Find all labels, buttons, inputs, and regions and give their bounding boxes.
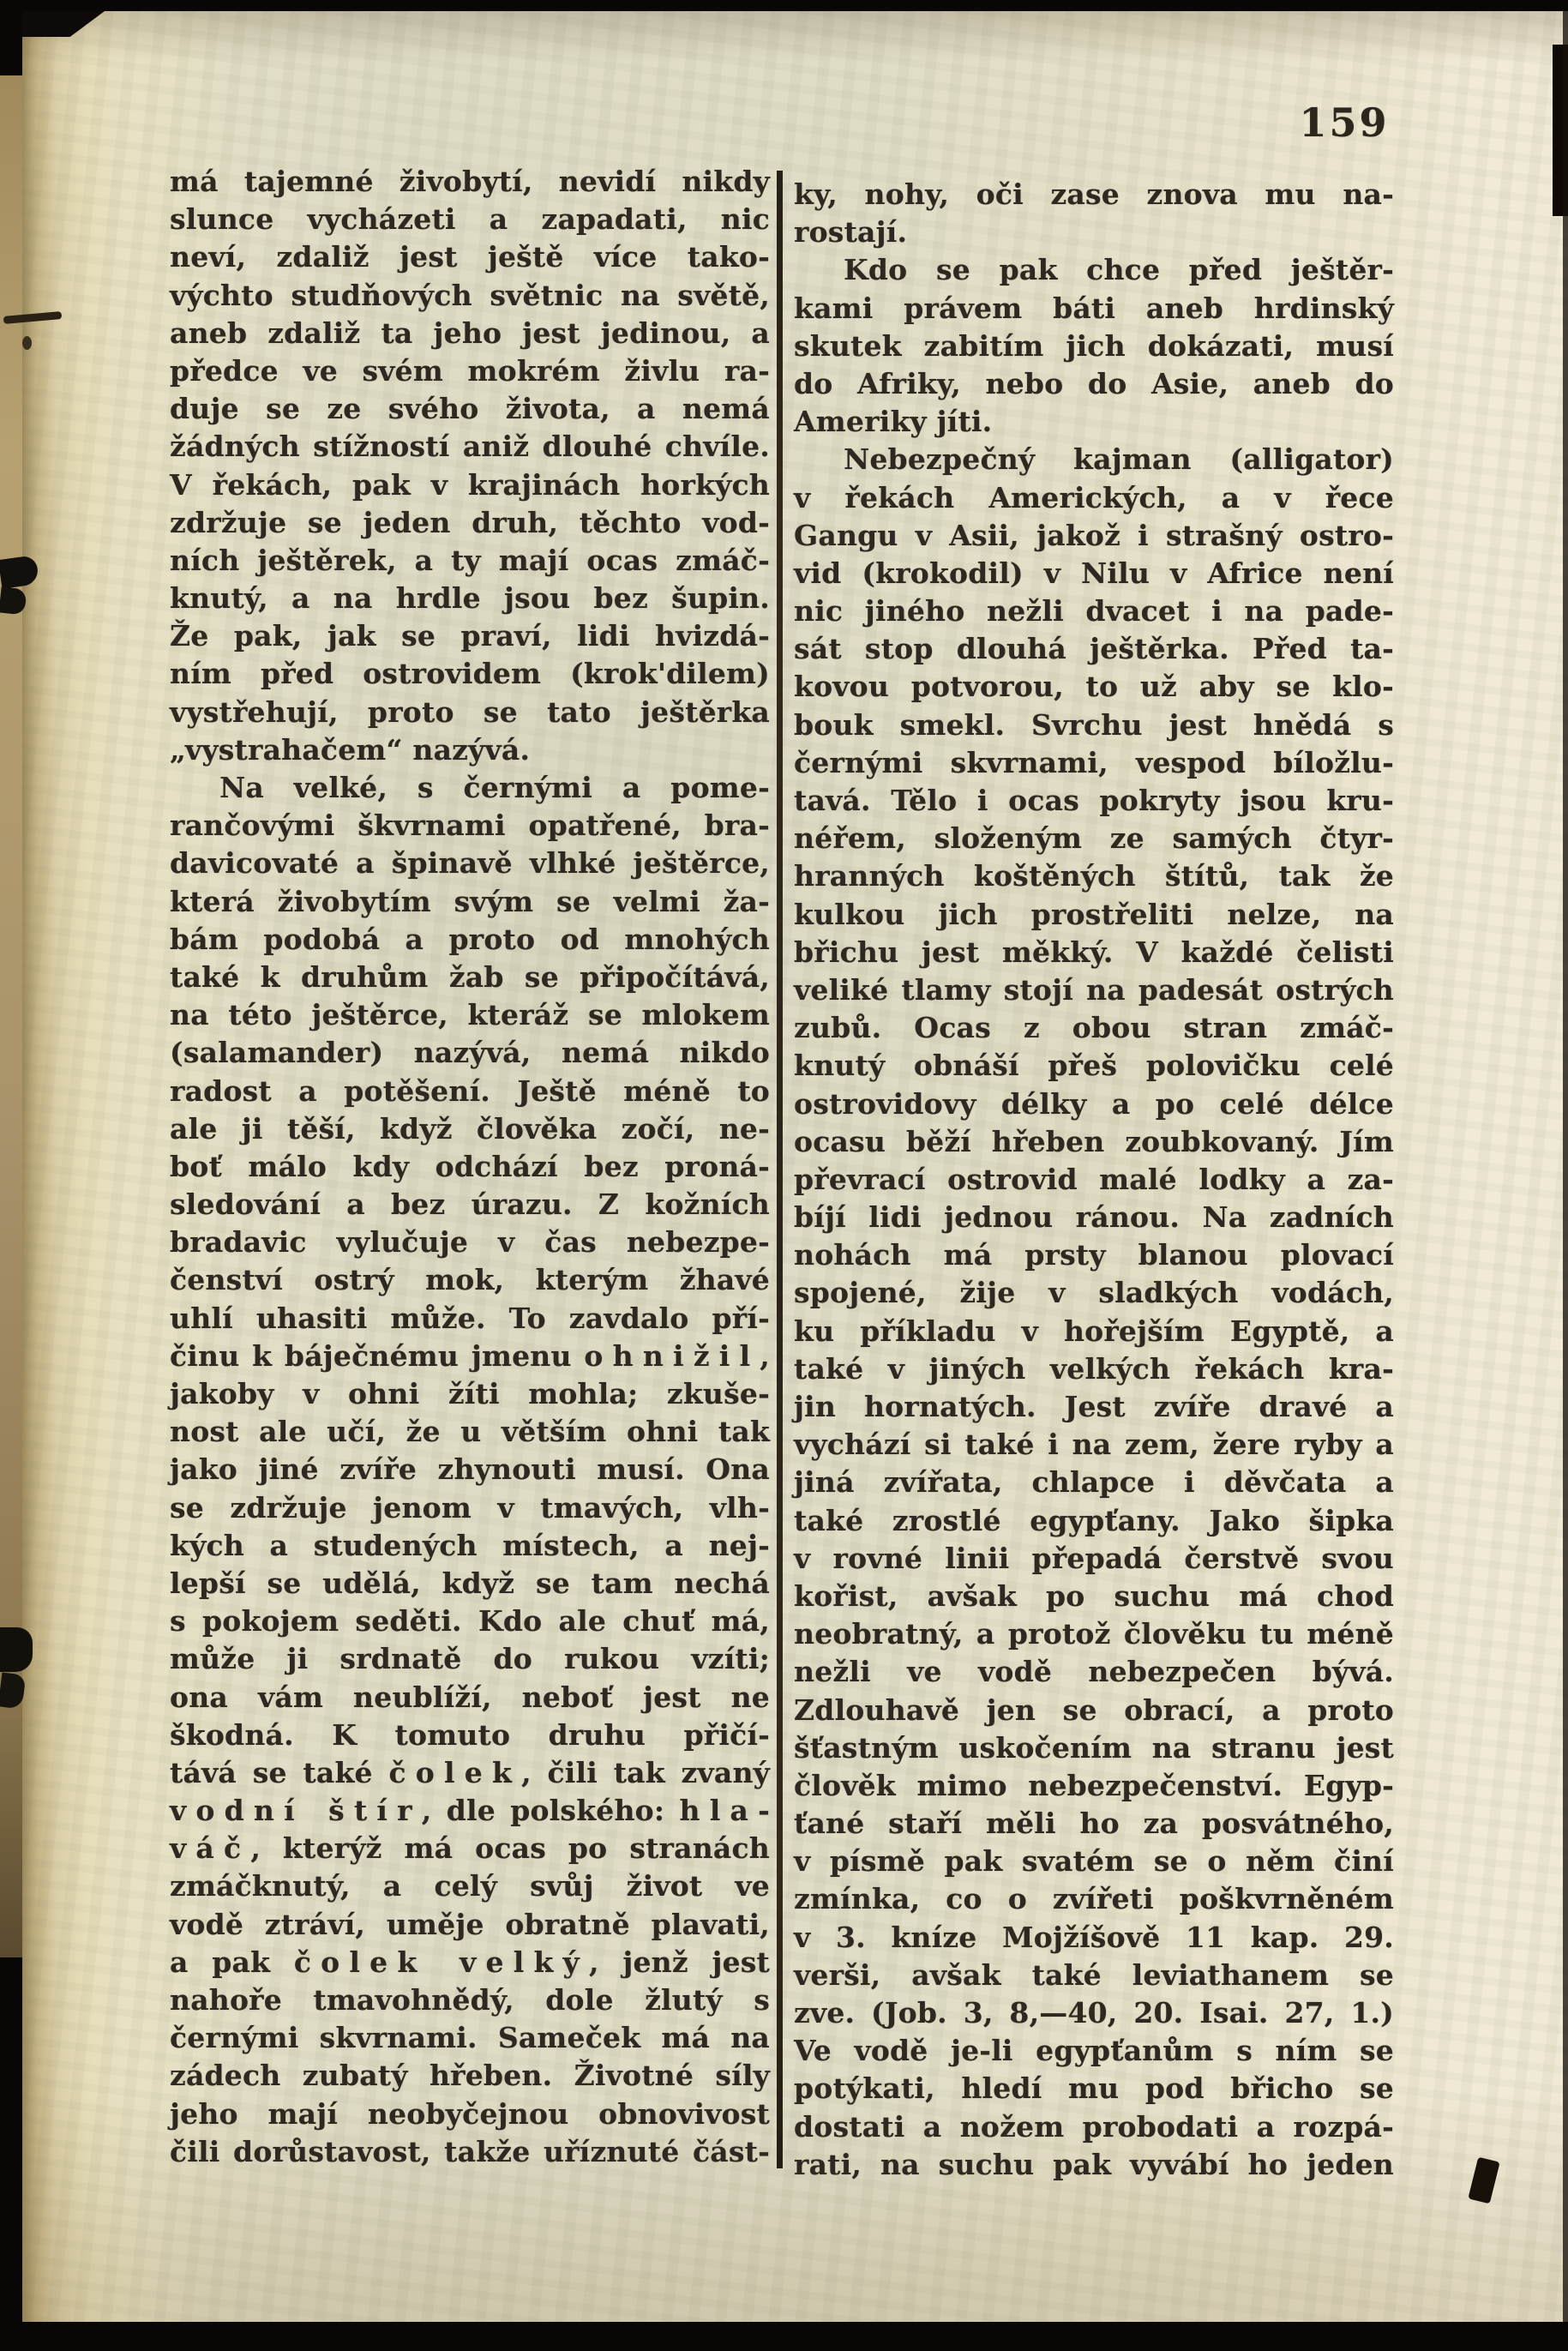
text-line: radost a potěšení. Ještě méně to [170, 1073, 770, 1110]
text-line: v 3. kníze Mojžíšově 11 kap. 29. [794, 1919, 1394, 1957]
page-number: 159 [1284, 99, 1404, 146]
text-line: čili dorůstavost, takže uříznuté část- [170, 2133, 770, 2171]
text-line: zmáčknutý, a celý svůj život ve [170, 1867, 770, 1905]
text-line: nežli ve vodě nebezpečen bývá. [794, 1653, 1394, 1691]
text-line: zádech zubatý hřeben. Životné síly [170, 2057, 770, 2095]
text-line: knutý, a na hrdle jsou bez šupin. [170, 580, 770, 617]
text-line: a pak čolek velký, jenž jest [170, 1944, 770, 1981]
text-line: s pokojem seděti. Kdo ale chuť má, [170, 1602, 770, 1640]
letterspaced-word: hla [680, 1794, 759, 1827]
text-line: ocasu běží hřeben zoubkovaný. Jím [794, 1123, 1394, 1161]
text-line: „vystrahačem“ nazývá. [170, 731, 770, 769]
text-line: rati, na suchu pak vyvábí ho jeden [794, 2146, 1394, 2184]
text-line: jin hornatých. Jest zvíře dravé a [794, 1388, 1394, 1426]
text-line: verši, avšak také leviathanem se [794, 1957, 1394, 1994]
text-line: Nebezpečný kajman (alligator) [794, 441, 1394, 478]
text-line: jako jiné zvíře zhynouti musí. Ona [170, 1451, 770, 1488]
column-divider-rule [777, 171, 783, 2168]
text-line: v písmě pak svatém se o něm činí [794, 1843, 1394, 1880]
text-line: ťané staří měli ho za posvátného, [794, 1805, 1394, 1843]
text-line: předce ve svém mokrém živlu ra- [170, 352, 770, 390]
text-line: tává se také čolek, čili tak zvaný [170, 1754, 770, 1792]
text-line: jakoby v ohni žíti mohla; zkuše- [170, 1375, 770, 1413]
scan-artifact-bottom-right-notch [1468, 2157, 1499, 2204]
text-line: také k druhům žab se připočítává, [170, 959, 770, 996]
text-line: neví, zdaliž jest ještě více tako- [170, 238, 770, 276]
page-paper: 159 má tajemné živobytí, nevidí nikdyslu… [22, 11, 1568, 2322]
text-line: ních ještěrek, a ty mají ocas zmáč- [170, 542, 770, 580]
text-line: boť málo kdy odchází bez proná- [170, 1148, 770, 1186]
text-line: bám podobá a proto od mnohých [170, 921, 770, 959]
text-line: V řekách, pak v krajinách horkých [170, 466, 770, 504]
letterspaced-word: ohnižil [584, 1339, 760, 1373]
text-line: sledování a bez úrazu. Z kožních [170, 1186, 770, 1224]
text-line: žádných stížností aniž dlouhé chvíle. [170, 428, 770, 466]
text-line: může ji srdnatě do rukou vzíti; [170, 1640, 770, 1678]
text-line: dostati a nožem probodati a rozpá- [794, 2108, 1394, 2146]
text-line: člověk mimo nebezpečenství. Egyp- [794, 1767, 1394, 1805]
text-line: Na velké, s černými a pome- [170, 769, 770, 807]
text-line: zve. (Job. 3, 8,—40, 20. Isai. 27, 1.) [794, 1994, 1394, 2032]
text-line: Ve vodě je-li egypťanům s ním se [794, 2032, 1394, 2070]
text-line: Ameriky jíti. [794, 403, 1394, 441]
text-line: váč, kterýž má ocas po stranách [170, 1830, 770, 1867]
text-line: vid (krokodil) v Nilu v Africe není [794, 555, 1394, 592]
text-line: ky, nohy, oči zase znova mu na- [794, 176, 1394, 213]
text-line: nahoře tmavohnědý, dole žlutý s [170, 1981, 770, 2019]
text-line: kami právem báti aneb hrdinský [794, 290, 1394, 328]
text-line: jeho mají neobyčejnou obnovivost [170, 2095, 770, 2133]
text-line: bradavic vylučuje v čas nebezpe- [170, 1224, 770, 1261]
text-line: rančovými škvrnami opatřené, bra- [170, 807, 770, 845]
right-text-column: ky, nohy, oči zase znova mu na-rostají.K… [794, 176, 1394, 2184]
text-line: ale ji těší, když člověka zočí, ne- [170, 1110, 770, 1148]
text-line: vystřehují, proto se tato ještěrka [170, 694, 770, 731]
text-line: vychází si také i na zem, žere ryby a [794, 1426, 1394, 1464]
text-line: také v jiných velkých řekách kra- [794, 1350, 1394, 1388]
text-line: hranných koštěných štítů, tak že [794, 857, 1394, 895]
text-line: převrací ostrovid malé lodky a za- [794, 1161, 1394, 1199]
text-line: tavá. Tělo i ocas pokryty jsou kru- [794, 782, 1394, 820]
text-line: Že pak, jak se praví, lidi hvizdá- [170, 617, 770, 655]
text-line: kovou potvorou, to už aby se klo- [794, 668, 1394, 706]
scan-artifact-left-blob-2 [0, 1627, 33, 1672]
text-line: zubů. Ocas z obou stran zmáč- [794, 1009, 1394, 1047]
text-line: slunce vycházeti a zapadati, nic [170, 201, 770, 238]
text-line: davicovaté a špinavě vlhké ještěrce, [170, 845, 770, 882]
text-line: nost ale učí, že u větším ohni tak [170, 1413, 770, 1451]
scan-artifact-right-edge-shadow [1563, 11, 1568, 2322]
text-line: Zdlouhavě jen se obrací, a proto [794, 1692, 1394, 1729]
text-line: škodná. K tomuto druhu přičí- [170, 1717, 770, 1754]
text-line: zdržuje se jeden druh, těchto vod- [170, 504, 770, 542]
letterspaced-word: čolek [388, 1756, 521, 1789]
text-line: bíjí lidi jednou ránou. Na zadních [794, 1199, 1394, 1236]
text-line: lepší se udělá, když se tam nechá [170, 1565, 770, 1602]
text-line: sát stop dlouhá ještěrka. Před ta- [794, 630, 1394, 668]
text-line: uhlí uhasiti může. To zavdalo pří- [170, 1300, 770, 1338]
text-line: kořist, avšak po suchu má chod [794, 1578, 1394, 1615]
text-line: čenství ostrý mok, kterým žhavé [170, 1261, 770, 1299]
text-line: do Afriky, nebo do Asie, aneb do [794, 365, 1394, 403]
text-line: která živobytím svým se velmi ža- [170, 883, 770, 921]
text-line: kulkou jich prostřeliti nelze, na [794, 896, 1394, 934]
text-line: (salamander) nazývá, nemá nikdo [170, 1034, 770, 1072]
text-line: knutý obnáší přeš polovičku celé [794, 1047, 1394, 1085]
text-line: v řekách Amerických, a v řece [794, 479, 1394, 517]
scan-artifact-top-left [22, 11, 105, 37]
text-line: ním před ostrovidem (krok'dilem) [170, 655, 770, 693]
text-line: vodní štír, dle polského: hla- [170, 1792, 770, 1830]
text-line: potýkati, hledí mu pod břicho se [794, 2070, 1394, 2107]
text-line: aneb zdaliž ta jeho jest jedinou, a [170, 315, 770, 352]
text-line: ostrovidovy délky a po celé délce [794, 1085, 1394, 1123]
book-page-scan: 159 má tajemné živobytí, nevidí nikdyslu… [0, 0, 1568, 2351]
text-line: rostají. [794, 213, 1394, 251]
text-line: zmínka, co o zvířeti poškvrněném [794, 1880, 1394, 1918]
letterspaced-word: vodní štír [170, 1794, 422, 1827]
text-line: také zrostlé egypťany. Jako šipka [794, 1502, 1394, 1540]
letterspaced-word: váč [170, 1831, 250, 1865]
text-line: kých a studených místech, a nej- [170, 1527, 770, 1565]
text-line: veliké tlamy stojí na padesát ostrých [794, 971, 1394, 1009]
text-line: šťastným uskočením na stranu jest [794, 1729, 1394, 1767]
text-line: se zdržuje jenom v tmavých, vlh- [170, 1489, 770, 1527]
text-line: ku příkladu v hořejším Egyptě, a [794, 1313, 1394, 1350]
text-line: neobratný, a protož člověku tu méně [794, 1615, 1394, 1653]
text-line: břichu jest měkký. V každé čelisti [794, 934, 1394, 971]
text-line: má tajemné živobytí, nevidí nikdy [170, 163, 770, 201]
text-line: na této ještěrce, kteráž se mlokem [170, 996, 770, 1034]
text-line: výchto studňových světnic na světě, [170, 277, 770, 315]
scan-artifact-page-tear-dot [22, 336, 32, 350]
text-line: v rovné linii přepadá čerstvě svou [794, 1540, 1394, 1578]
text-line: néřem, složeným ze samých čtyr- [794, 820, 1394, 857]
text-line: bouk smekl. Svrchu jest hnědá s [794, 707, 1394, 744]
text-line: ona vám neublíží, neboť jest ne [170, 1679, 770, 1717]
text-line: nic jiného nežli dvacet i na pade- [794, 592, 1394, 630]
text-line: skutek zabitím jich dokázati, musí [794, 328, 1394, 365]
text-line: vodě ztráví, uměje obratně plavati, [170, 1906, 770, 1944]
text-line: jiná zvířata, chlapce i děvčata a [794, 1464, 1394, 1501]
text-line: spojené, žije v sladkých vodách, [794, 1274, 1394, 1312]
letterspaced-word: čolek velký [294, 1945, 589, 1979]
text-line: černými skvrnami. Sameček má na [170, 2019, 770, 2057]
text-line: duje se ze svého života, a nemá [170, 390, 770, 428]
text-line: činu k báječnému jmenu ohnižil, [170, 1338, 770, 1375]
text-line: nohách má prsty blanou plovací [794, 1236, 1394, 1274]
text-line: Kdo se pak chce před ještěr- [794, 251, 1394, 289]
text-line: Gangu v Asii, jakož i strašný ostro- [794, 517, 1394, 555]
text-line: černými skvrnami, vespod bíložlu- [794, 744, 1394, 782]
left-text-column: má tajemné živobytí, nevidí nikdyslunce … [170, 163, 770, 2171]
